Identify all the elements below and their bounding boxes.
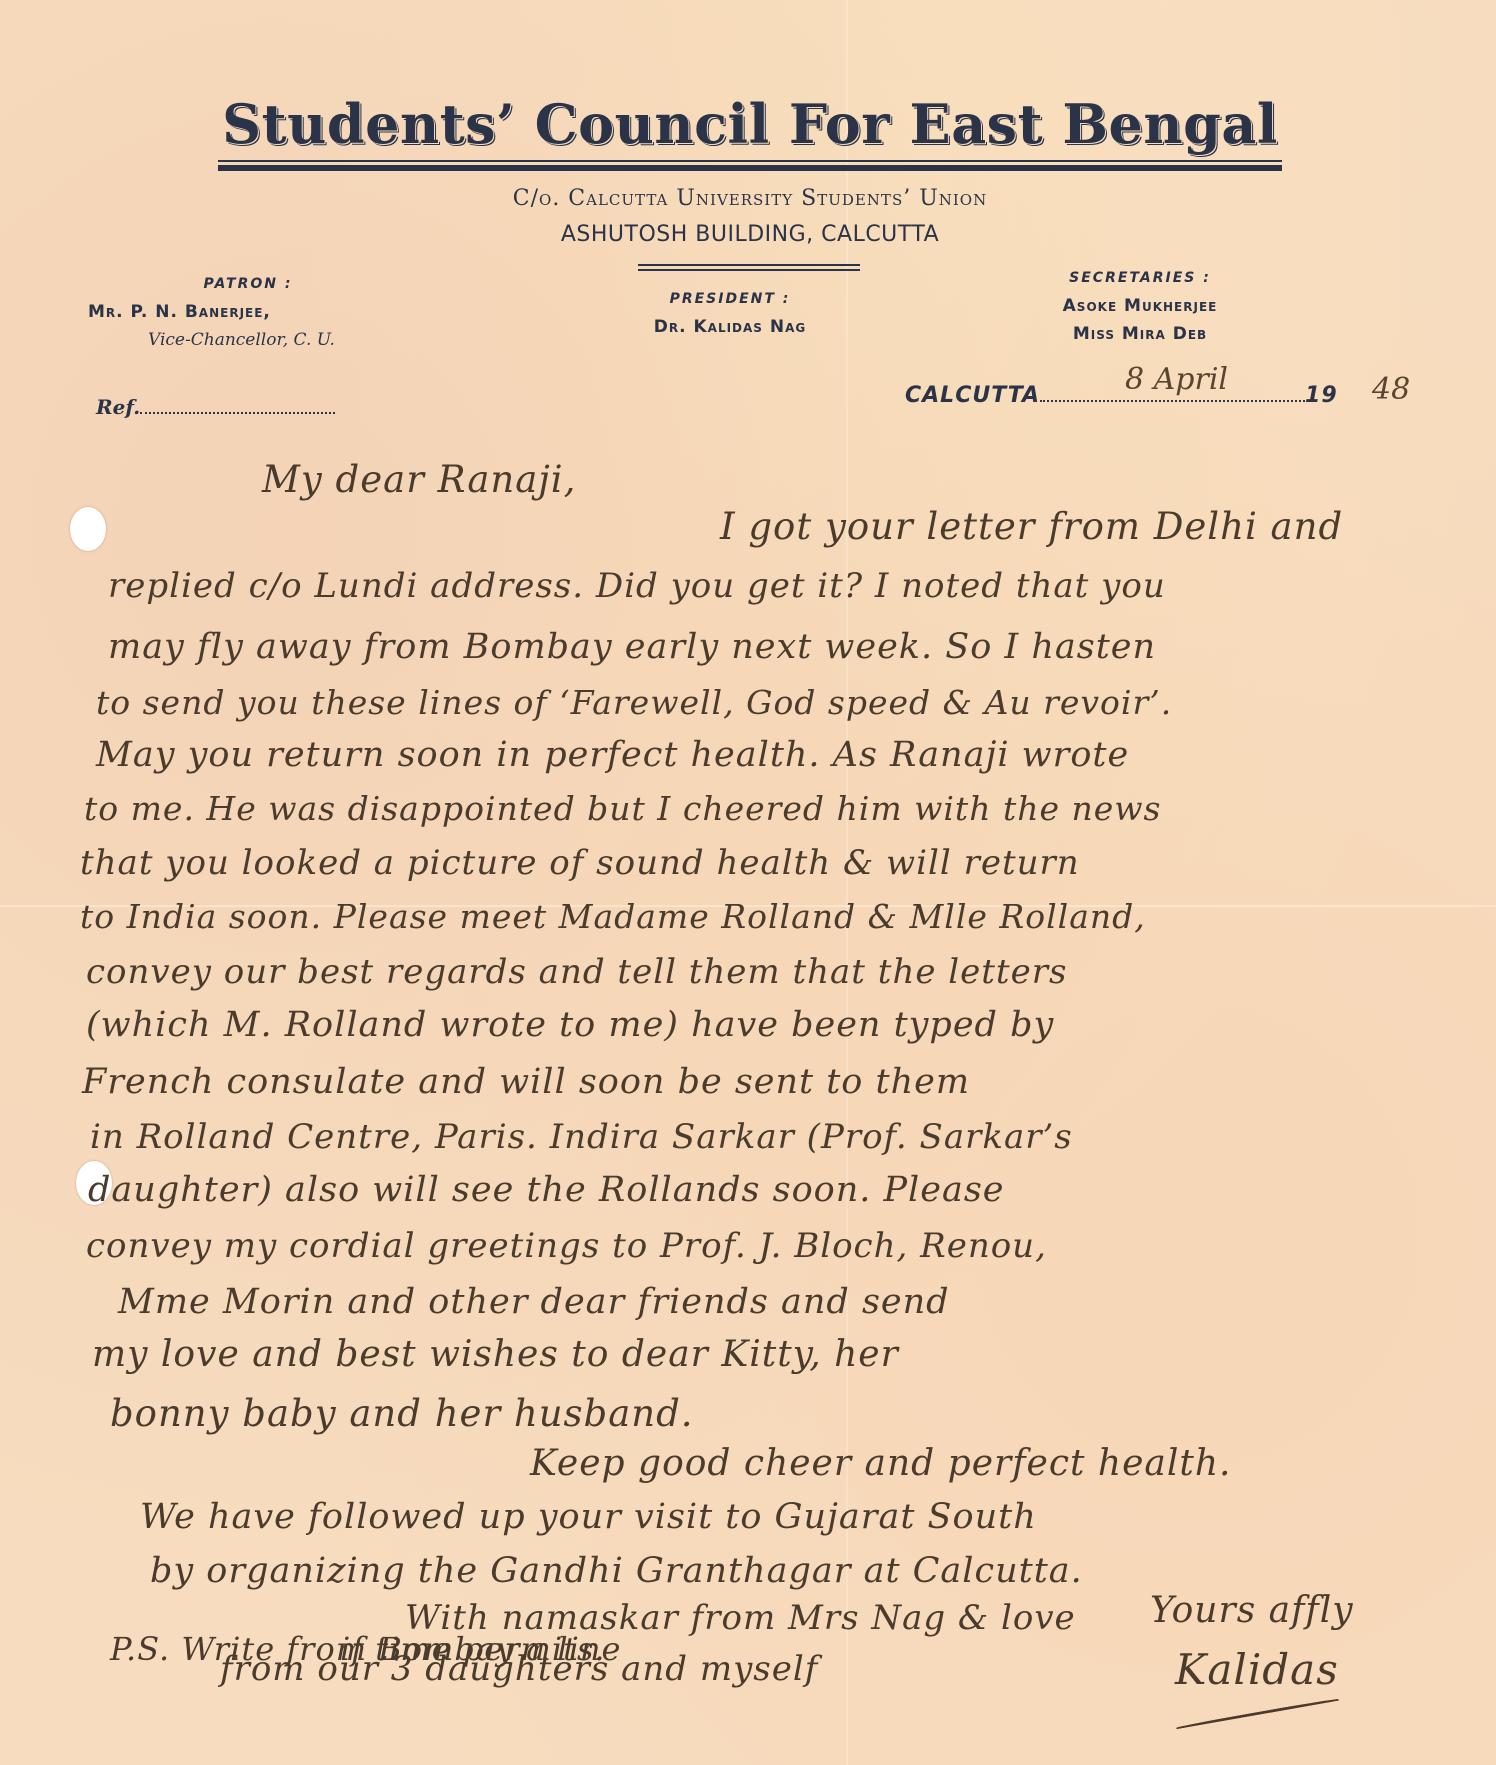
- body-line: Mme Morin and other dear friends and sen…: [118, 1282, 950, 1322]
- body-line: that you looked a picture of sound healt…: [80, 843, 1080, 883]
- closing-line: by organizing the Gandhi Granthagar at C…: [150, 1551, 1083, 1591]
- patron-block: PATRON : Mr. P. N. Banerjee, Vice-Chance…: [88, 276, 408, 350]
- letterhead-title: Students’ Council For East Bengal: [210, 92, 1290, 156]
- secretary-name: Miss Mira Deb: [1040, 324, 1240, 344]
- body-line: daughter) also will see the Rollands soo…: [88, 1170, 1005, 1210]
- body-line: convey my cordial greetings to Prof. J. …: [86, 1226, 1047, 1266]
- president-block: PRESIDENT : Dr. Kalidas Nag: [600, 291, 860, 337]
- patron-role: PATRON :: [88, 276, 408, 292]
- president-role: PRESIDENT :: [600, 291, 860, 307]
- closing-line: We have followed up your visit to Gujara…: [140, 1497, 1037, 1537]
- year-prefix: 19: [1305, 383, 1338, 408]
- handwritten-date: 8 April: [1125, 362, 1228, 397]
- body-line: to send you these lines of ‘Farewell, Go…: [96, 683, 1172, 722]
- secretaries-role: SECRETARIES :: [1040, 270, 1240, 286]
- ref-label: Ref.: [96, 395, 140, 419]
- body-line: my love and best wishes to dear Kitty, h…: [92, 1334, 899, 1375]
- date-field: CALCUTTA19: [905, 383, 1338, 408]
- body-line: French consulate and will soon be sent t…: [82, 1062, 970, 1102]
- place-label: CALCUTTA: [905, 383, 1040, 408]
- address-rule-2: [638, 269, 860, 271]
- secretaries-block: SECRETARIES : Asoke Mukherjee Miss Mira …: [1040, 270, 1240, 344]
- handwritten-year: 48: [1372, 372, 1410, 407]
- body-line: bonny baby and her husband.: [110, 1392, 694, 1435]
- title-rule-thin: [218, 160, 1282, 162]
- body-line: replied c/o Lundi address. Did you get i…: [108, 566, 1166, 606]
- address-rule-1: [638, 264, 860, 266]
- body-line: convey our best regards and tell them th…: [86, 952, 1067, 992]
- president-name: Dr. Kalidas Nag: [600, 317, 860, 337]
- signature: Kalidas: [1175, 1645, 1339, 1694]
- punch-hole-top: [70, 507, 106, 551]
- body-line: to me. He was disappointed but I cheered…: [84, 789, 1161, 828]
- salutation: My dear Ranaji,: [262, 458, 576, 501]
- postscript-line: if time permits.: [340, 1630, 606, 1668]
- body-line: in Rolland Centre, Paris. Indira Sarkar …: [90, 1117, 1073, 1157]
- date-dotted-line: [1040, 400, 1305, 402]
- body-line: (which M. Rolland wrote to me) have been…: [86, 1005, 1054, 1045]
- signoff: Yours affly: [1150, 1590, 1354, 1631]
- body-line: I got your letter from Delhi and: [720, 505, 1343, 548]
- closing-line: Keep good cheer and perfect health.: [530, 1443, 1231, 1484]
- body-line: May you return soon in perfect health. A…: [96, 735, 1129, 775]
- body-line: may fly away from Bombay early next week…: [108, 627, 1156, 667]
- letter-page: Students’ Council For East Bengal C/o. C…: [0, 0, 1496, 1765]
- address-line-2: ASHUTOSH BUILDING, CALCUTTA: [300, 222, 1200, 247]
- title-rule-thick: [218, 165, 1282, 171]
- ref-dotted-line: [140, 412, 335, 414]
- secretary-name: Asoke Mukherjee: [1040, 296, 1240, 316]
- body-line: to India soon. Please meet Madame Rollan…: [80, 897, 1146, 936]
- ref-field: Ref.: [96, 395, 335, 419]
- patron-title: Vice-Chancellor, C. U.: [88, 330, 408, 350]
- patron-name: Mr. P. N. Banerjee,: [88, 302, 408, 322]
- address-line-1: C/o. Calcutta University Students’ Union: [300, 186, 1200, 211]
